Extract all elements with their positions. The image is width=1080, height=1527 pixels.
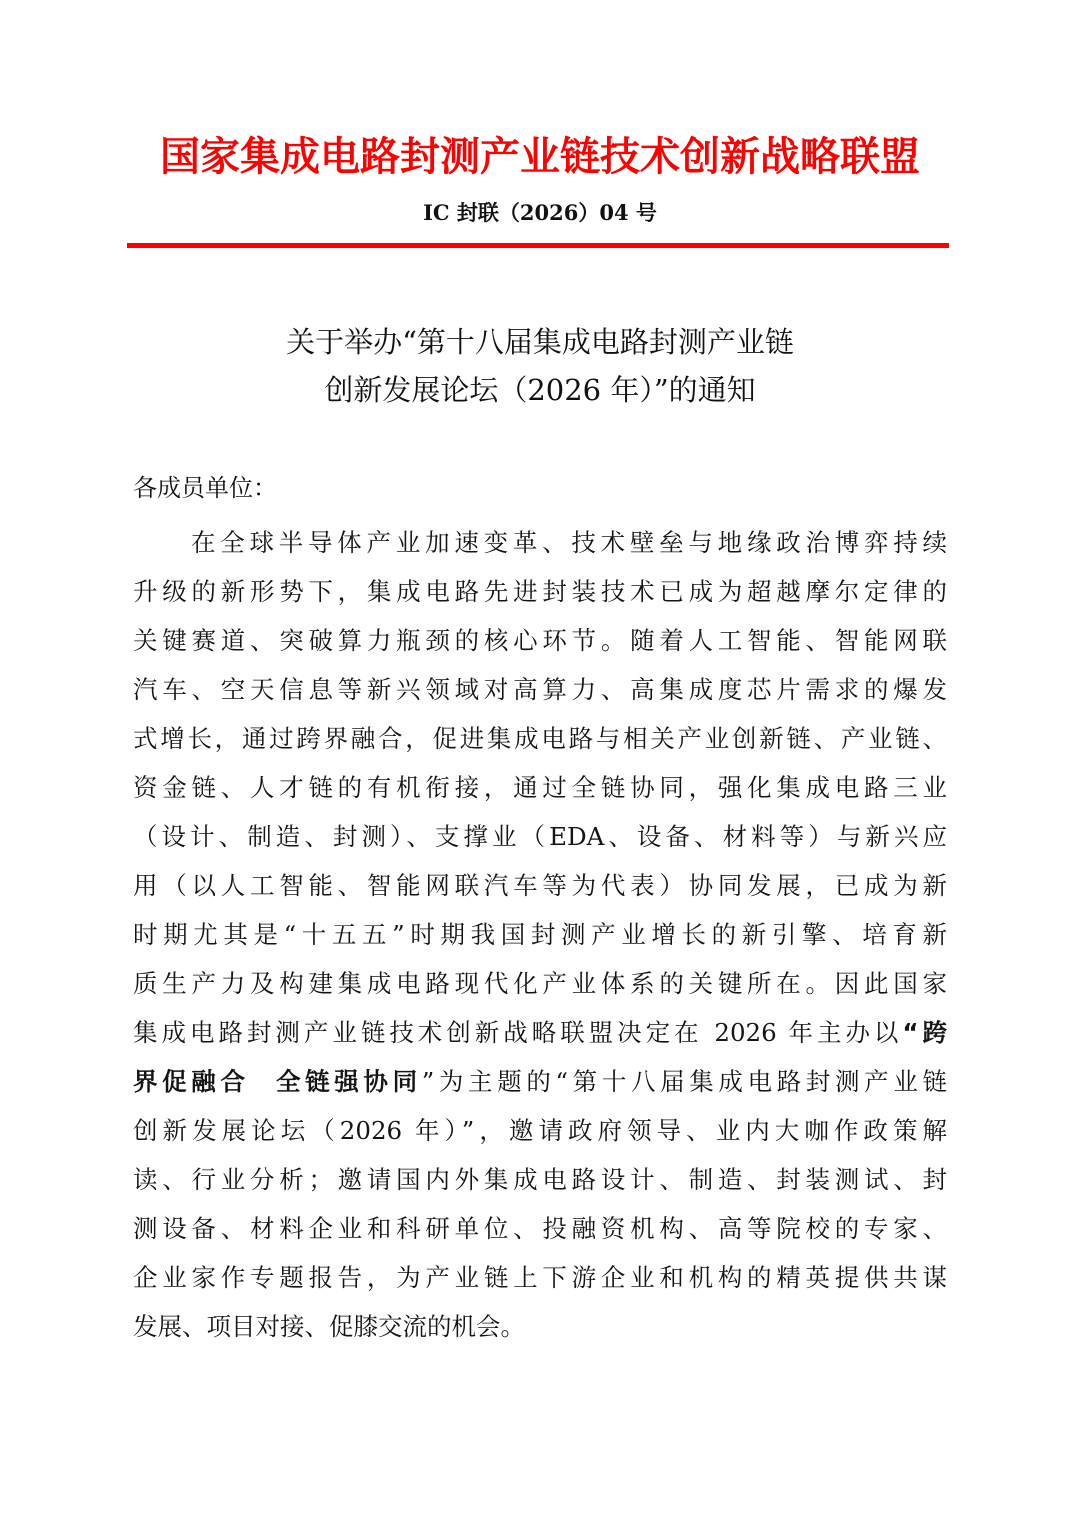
body-line: 升级的新形势下，集成电路先进封装技术已成为超越摩尔定律的 (133, 567, 947, 616)
organization-title: 国家集成电路封测产业链技术创新战略联盟 (0, 132, 1080, 182)
notice-title: 关于举办“第十八届集成电路封测产业链 创新发展论坛（2026 年）”的通知 (0, 318, 1080, 414)
forum-theme-bold: “跨 (902, 1018, 947, 1047)
body-line: 式增长，通过跨界融合，促进集成电路与相关产业创新链、产业链、 (133, 714, 947, 763)
body-line: 汽车、空天信息等新兴领域对高算力、高集成度芯片需求的爆发 (133, 665, 947, 714)
document-number: IC 封联（2026）04 号 (0, 198, 1080, 228)
body-line: 质生产力及构建集成电路现代化产业体系的关键所在。因此国家 (133, 959, 947, 1008)
body-line: 时期尤其是“十五五”时期我国封测产业增长的新引擎、培育新 (133, 910, 947, 959)
red-header-divider (127, 243, 949, 248)
forum-theme-bold: 界促融合 全链强协同 (133, 1067, 422, 1096)
body-line: 企业家作专题报告，为产业链上下游企业和机构的精英提供共谋 (133, 1253, 947, 1302)
salutation: 各成员单位： (133, 470, 277, 506)
body-line: （设计、制造、封测）、支撑业（EDA、设备、材料等）与新兴应 (133, 812, 947, 861)
body-line: 集成电路封测产业链技术创新战略联盟决定在 2026 年主办以“跨 (133, 1008, 947, 1057)
body-line: 在全球半导体产业加速变革、技术壁垒与地缘政治博弈持续 (133, 518, 947, 567)
body-line: 发展、项目对接、促膝交流的机会。 (133, 1302, 947, 1351)
notice-body: 在全球半导体产业加速变革、技术壁垒与地缘政治博弈持续 升级的新形势下，集成电路先… (133, 518, 947, 1351)
body-line: 关键赛道、突破算力瓶颈的核心环节。随着人工智能、智能网联 (133, 616, 947, 665)
body-text-segment: ”为主题的“第十八届集成电路封测产业链 (422, 1067, 947, 1096)
body-line: 创新发展论坛（2026 年）”，邀请政府领导、业内大咖作政策解 (133, 1106, 947, 1155)
notice-title-line-1: 关于举办“第十八届集成电路封测产业链 (0, 318, 1080, 366)
body-line: 测设备、材料企业和科研单位、投融资机构、高等院校的专家、 (133, 1204, 947, 1253)
body-line: 读、行业分析；邀请国内外集成电路设计、制造、封装测试、封 (133, 1155, 947, 1204)
body-line: 资金链、人才链的有机衔接，通过全链协同，强化集成电路三业 (133, 763, 947, 812)
body-text-segment: 集成电路封测产业链技术创新战略联盟决定在 2026 年主办以 (133, 1018, 902, 1047)
notice-title-line-2: 创新发展论坛（2026 年）”的通知 (0, 366, 1080, 414)
body-line: 用（以人工智能、智能网联汽车等为代表）协同发展，已成为新 (133, 861, 947, 910)
body-line: 界促融合 全链强协同”为主题的“第十八届集成电路封测产业链 (133, 1057, 947, 1106)
